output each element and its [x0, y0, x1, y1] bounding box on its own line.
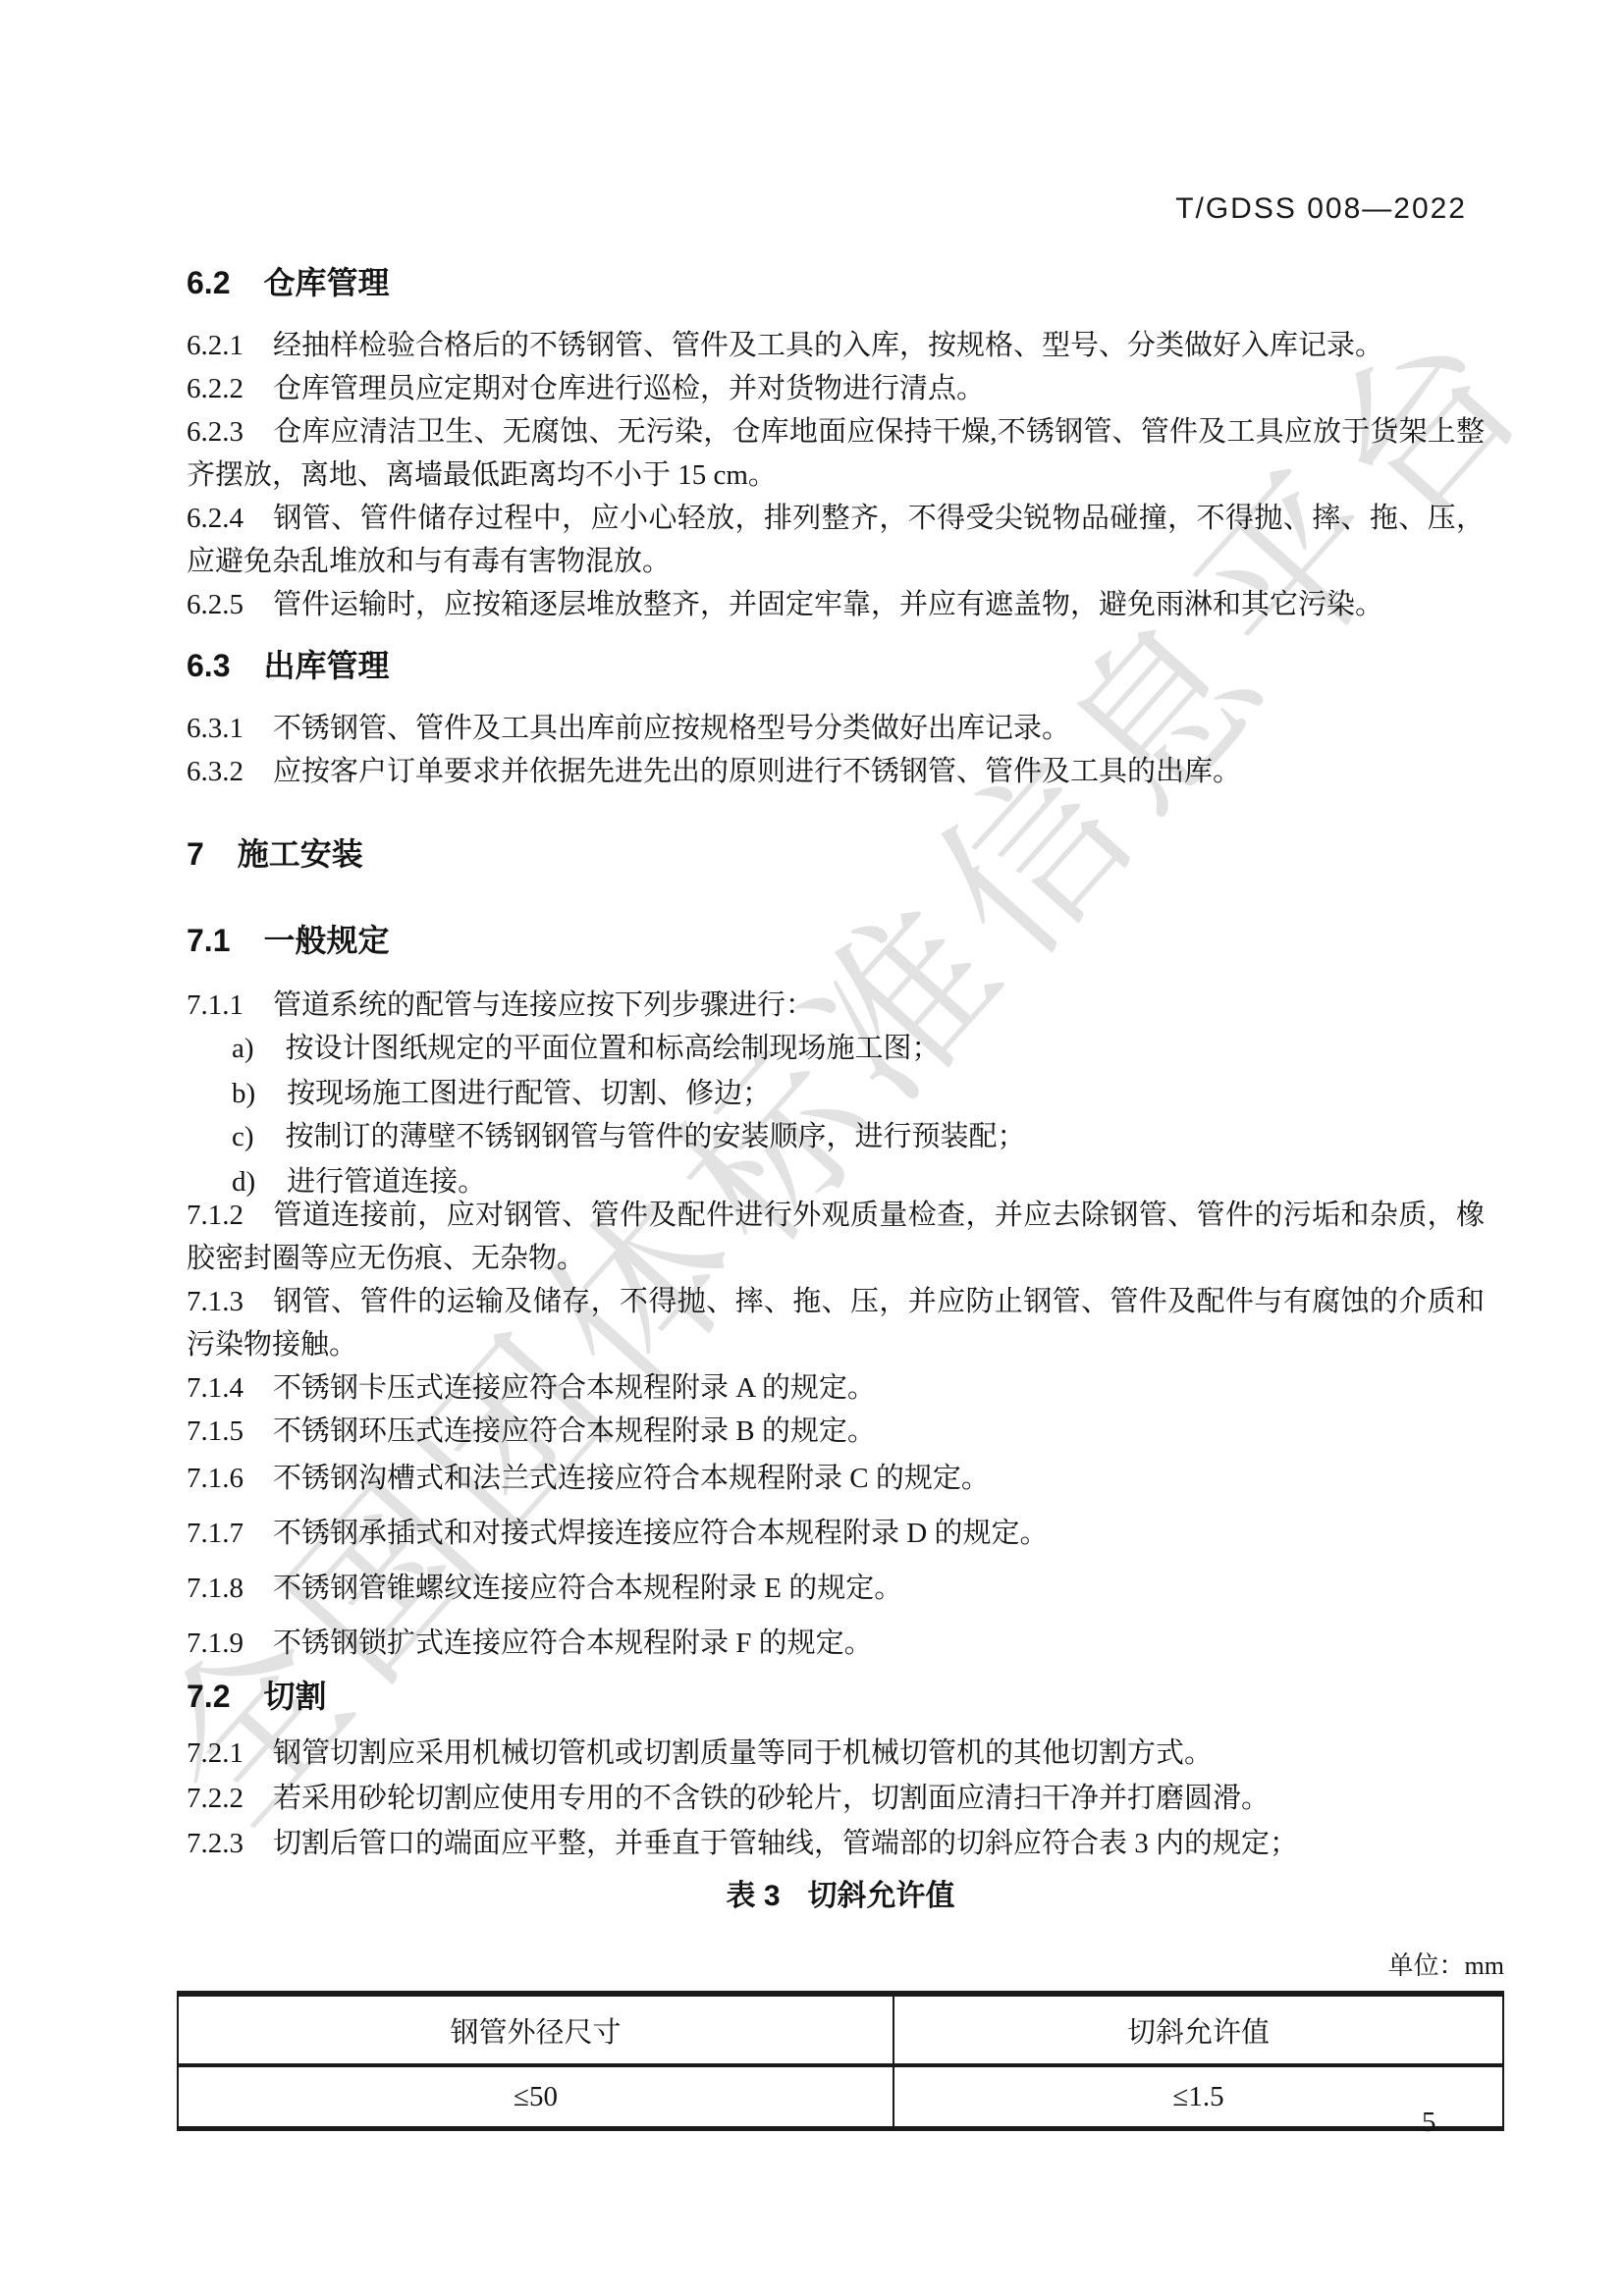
clause-text: 管道连接前，应对钢管、管件及配件进行外观质量检查，并应去除钢管、管件的污垢和杂质…	[187, 1200, 1485, 1274]
clause-number: 7.1.2	[187, 1200, 244, 1231]
clause-number: 6.3.2	[187, 756, 244, 787]
clause-number: 7.1.3	[187, 1286, 244, 1317]
chapter-heading-7: 7施工安装	[187, 832, 1485, 876]
clause-7-2-1: 7.2.1钢管切割应采用机械切管机或切割质量等同于机械切管机的其他切割方式。	[187, 1732, 1485, 1775]
clause-number: 7.2.1	[187, 1737, 244, 1769]
clause-number: 6.2.5	[187, 589, 244, 620]
clause-number: 6.2.4	[187, 503, 244, 534]
clause-number: 6.2.3	[187, 416, 244, 448]
clause-7-1-4: 7.1.4不锈钢卡压式连接应符合本规程附录 A 的规定。	[187, 1366, 1485, 1410]
clause-number: 6.3.1	[187, 713, 244, 744]
clause-text: 不锈钢环压式连接应符合本规程附录 B 的规定。	[273, 1415, 876, 1447]
clause-text: 仓库管理员应定期对仓库进行巡检，并对货物进行清点。	[273, 373, 985, 404]
table3-caption: 表 3切斜允许值	[177, 1871, 1504, 1914]
table3-header-cell-outer-diameter: 钢管外径尺寸	[178, 1994, 893, 2065]
clause-7-1-2: 7.1.2管道连接前，应对钢管、管件及配件进行外观质量检查，并应去除钢管、管件的…	[187, 1194, 1485, 1280]
clause-number: 7.2.3	[187, 1828, 244, 1859]
section-number: 6.3	[187, 648, 230, 683]
clause-7-1-8: 7.1.8不锈钢管锥螺纹连接应符合本规程附录 E 的规定。	[187, 1567, 1485, 1610]
chapter-title: 施工安装	[238, 836, 363, 872]
section-heading-7-2: 7.2切割	[187, 1675, 1485, 1718]
clause-text: 钢管、管件的运输及储存，不得抛、摔、拖、压，并应防止钢管、管件及配件与有腐蚀的介…	[187, 1286, 1485, 1361]
clause-number: 7.1.1	[187, 989, 244, 1021]
document-page: 全国团体标准信息平台 T/GDSS 008—2022 6.2仓库管理 6.2.1…	[0, 0, 1624, 2296]
clause-text: 管件运输时，应按箱逐层堆放整齐，并固定牢靠，并应有遮盖物，避免雨淋和其它污染。	[273, 589, 1383, 620]
table3-caption-title: 切斜允许值	[808, 1880, 955, 1912]
list-marker: a)	[232, 1033, 254, 1064]
clause-text: 不锈钢锁扩式连接应符合本规程附录 F 的规定。	[273, 1628, 873, 1659]
clause-text: 不锈钢沟槽式和法兰式连接应符合本规程附录 C 的规定。	[273, 1463, 990, 1494]
clause-number: 7.1.7	[187, 1518, 244, 1549]
clause-text: 若采用砂轮切割应使用专用的不含铁的砂轮片，切割面应清扫干净并打磨圆滑。	[273, 1783, 1270, 1814]
clause-text: 管道系统的配管与连接应按下列步骤进行：	[273, 989, 814, 1021]
clause-6-3-1: 6.3.1不锈钢管、管件及工具出库前应按规格型号分类做好出库记录。	[187, 707, 1485, 750]
clause-7-1-5: 7.1.5不锈钢环压式连接应符合本规程附录 B 的规定。	[187, 1410, 1485, 1453]
clause-7-1-1: 7.1.1管道系统的配管与连接应按下列步骤进行：	[187, 984, 1485, 1027]
section-heading-7-1: 7.1一般规定	[187, 919, 1485, 962]
clause-6-2-2: 6.2.2仓库管理员应定期对仓库进行巡检，并对货物进行清点。	[187, 367, 1485, 410]
clause-text: 不锈钢管、管件及工具出库前应按规格型号分类做好出库记录。	[273, 713, 1070, 744]
table3-caption-number: 表 3	[726, 1880, 780, 1912]
chapter-number: 7	[187, 836, 204, 872]
clause-text: 经抽样检验合格后的不锈钢管、管件及工具的入库，按规格、型号、分类做好入库记录。	[273, 330, 1383, 361]
clause-number: 7.1.8	[187, 1573, 244, 1604]
section-title: 仓库管理	[263, 265, 389, 300]
table3-cell-outer-diameter: ≤50	[178, 2065, 893, 2129]
table3-data-row: ≤50 ≤1.5	[178, 2065, 1503, 2129]
list-item-a: a)按设计图纸规定的平面位置和标高绘制现场施工图；	[187, 1027, 1485, 1070]
section-heading-6-2: 6.2仓库管理	[187, 261, 1485, 304]
clause-text: 钢管、管件储存过程中，应小心轻放，排列整齐，不得受尖锐物品碰撞，不得抛、摔、拖、…	[187, 503, 1485, 577]
clause-6-2-3: 6.2.3仓库应清洁卫生、无腐蚀、无污染，仓库地面应保持干燥,不锈钢管、管件及工…	[187, 410, 1485, 497]
clause-number: 7.1.9	[187, 1628, 244, 1659]
clause-number: 7.1.4	[187, 1372, 244, 1404]
table3-header-row: 钢管外径尺寸 切斜允许值	[178, 1994, 1503, 2065]
section-number: 7.2	[187, 1679, 230, 1714]
standard-code-header: T/GDSS 008—2022	[1175, 192, 1467, 226]
list-marker: c)	[232, 1121, 254, 1152]
clause-7-1-6: 7.1.6不锈钢沟槽式和法兰式连接应符合本规程附录 C 的规定。	[187, 1457, 1485, 1500]
clause-text: 不锈钢管锥螺纹连接应符合本规程附录 E 的规定。	[273, 1573, 902, 1604]
list-text: 按现场施工图进行配管、切割、修边；	[287, 1078, 771, 1109]
list-text: 按制订的薄壁不锈钢钢管与管件的安装顺序，进行预装配；	[286, 1121, 1026, 1152]
clause-text: 切割后管口的端面应平整，并垂直于管轴线，管端部的切斜应符合表 3 内的规定；	[273, 1828, 1298, 1859]
section-title: 切割	[263, 1679, 326, 1714]
clause-number: 6.2.1	[187, 330, 244, 361]
clause-text: 不锈钢卡压式连接应符合本规程附录 A 的规定。	[273, 1372, 876, 1404]
clause-text: 仓库应清洁卫生、无腐蚀、无污染，仓库地面应保持干燥,不锈钢管、管件及工具应放于货…	[187, 416, 1485, 491]
clause-number: 7.1.6	[187, 1463, 244, 1494]
section-heading-6-3: 6.3出库管理	[187, 644, 1485, 687]
table3-cell-allowed-slope: ≤1.5	[893, 2065, 1503, 2129]
clause-7-2-3: 7.2.3切割后管口的端面应平整，并垂直于管轴线，管端部的切斜应符合表 3 内的…	[187, 1822, 1485, 1865]
clause-7-1-9: 7.1.9不锈钢锁扩式连接应符合本规程附录 F 的规定。	[187, 1622, 1485, 1665]
section-number: 6.2	[187, 265, 230, 300]
clause-7-2-2: 7.2.2若采用砂轮切割应使用专用的不含铁的砂轮片，切割面应清扫干净并打磨圆滑。	[187, 1777, 1485, 1820]
section-title: 一般规定	[263, 923, 389, 958]
clause-6-2-5: 6.2.5管件运输时，应按箱逐层堆放整齐，并固定牢靠，并应有遮盖物，避免雨淋和其…	[187, 583, 1485, 626]
clause-7-1-7: 7.1.7不锈钢承插式和对接式焊接连接应符合本规程附录 D 的规定。	[187, 1512, 1485, 1555]
section-title: 出库管理	[263, 648, 389, 683]
clause-number: 7.2.2	[187, 1783, 244, 1814]
clause-number: 6.2.2	[187, 373, 244, 404]
list-marker: b)	[232, 1078, 255, 1109]
clause-6-3-2: 6.3.2应按客户订单要求并依据先进先出的原则进行不锈钢管、管件及工具的出库。	[187, 750, 1485, 793]
clause-6-2-4: 6.2.4钢管、管件储存过程中，应小心轻放，排列整齐，不得受尖锐物品碰撞，不得抛…	[187, 497, 1485, 583]
clause-7-1-3: 7.1.3钢管、管件的运输及储存，不得抛、摔、拖、压，并应防止钢管、管件及配件与…	[187, 1280, 1485, 1366]
table3-header-cell-allowed-slope: 切斜允许值	[893, 1994, 1503, 2065]
clause-number: 7.1.5	[187, 1415, 244, 1447]
page-number: 5	[1422, 2107, 1436, 2139]
clause-6-2-1: 6.2.1经抽样检验合格后的不锈钢管、管件及工具的入库，按规格、型号、分类做好入…	[187, 324, 1485, 367]
clause-text: 应按客户订单要求并依据先进先出的原则进行不锈钢管、管件及工具的出库。	[273, 756, 1241, 787]
section-number: 7.1	[187, 923, 230, 958]
table3-unit-label: 单位：mm	[1388, 1946, 1504, 1982]
list-item-b: b)按现场施工图进行配管、切割、修边；	[187, 1072, 1485, 1115]
list-text: 按设计图纸规定的平面位置和标高绘制现场施工图；	[286, 1033, 941, 1064]
clause-text: 钢管切割应采用机械切管机或切割质量等同于机械切管机的其他切割方式。	[273, 1737, 1213, 1769]
list-item-c: c)按制订的薄壁不锈钢钢管与管件的安装顺序，进行预装配；	[187, 1115, 1485, 1158]
table3: 钢管外径尺寸 切斜允许值 ≤50 ≤1.5	[177, 1991, 1504, 2131]
clause-text: 不锈钢承插式和对接式焊接连接应符合本规程附录 D 的规定。	[273, 1518, 1048, 1549]
